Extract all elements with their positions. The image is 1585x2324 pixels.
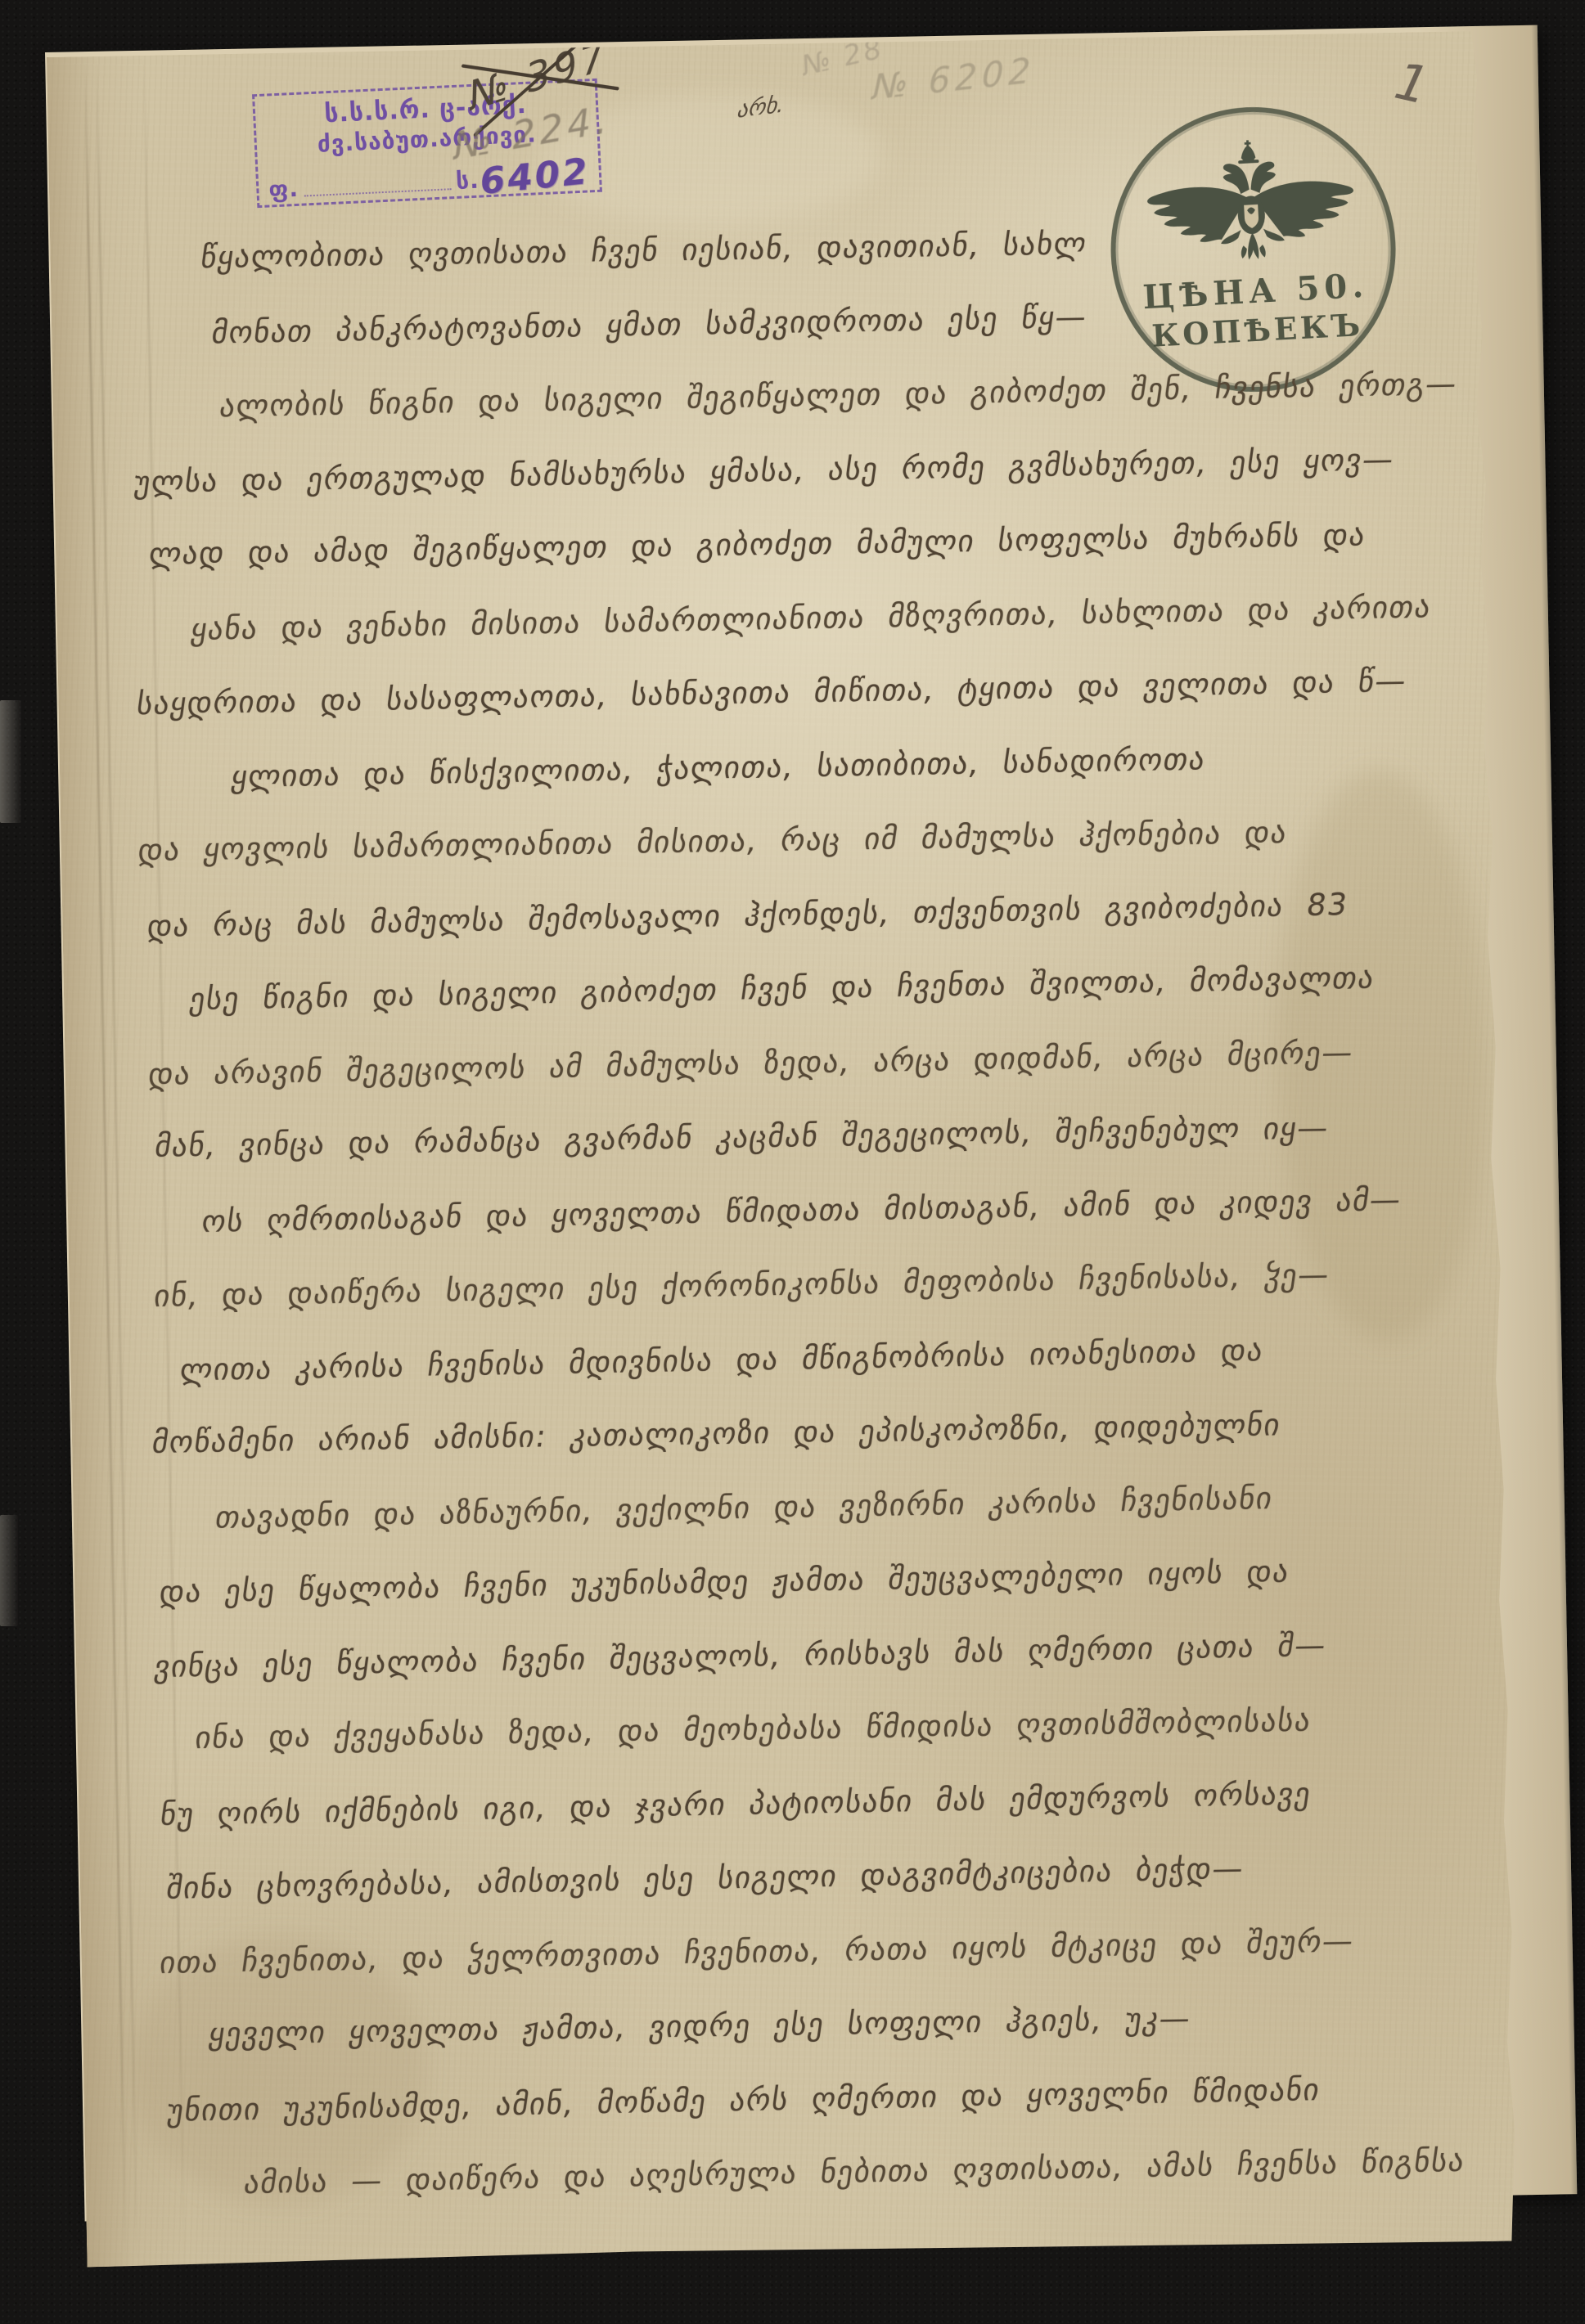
- faint-pencil-number: № 6202: [871, 50, 1035, 108]
- scan-edge-artifact: [0, 1515, 18, 1626]
- archive-stamp-dotted-rule: [303, 172, 451, 196]
- manuscript-text-block: წყალობითა ღვთისათა ჩვენ იესიან, დავითიან…: [122, 218, 1501, 2241]
- manuscript-page: ს.ს.ს.რ. ც-არქ. ძვ.საბუთ.არქივი. ფ. ს. 6…: [47, 31, 1524, 2268]
- scan-edge-artifact: [0, 700, 21, 823]
- manuscript-line: წყალობითა ღვთისათა ჩვენ იესიან, დავითიან…: [193, 226, 1087, 314]
- document-scan: ს.ს.ს.რ. ც-არქ. ძვ.საბუთ.არქივი. ფ. ს. 6…: [0, 0, 1585, 2324]
- paper-crease: [84, 56, 127, 2267]
- archive-stamp-s-label: ს.: [455, 167, 480, 195]
- folio-number: 1: [1389, 51, 1434, 116]
- archive-stamp-fond-label: ფ.: [268, 175, 299, 204]
